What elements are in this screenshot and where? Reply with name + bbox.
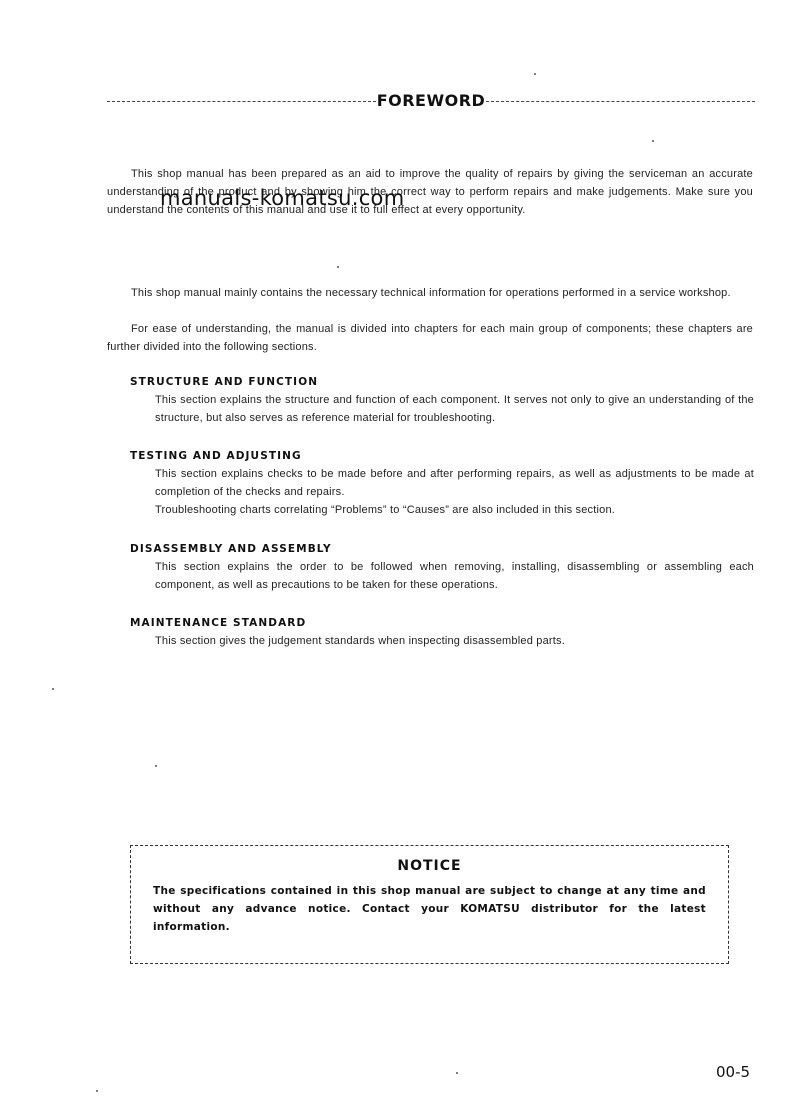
section-heading: MAINTENANCE STANDARD <box>130 615 754 632</box>
scan-speck <box>96 1090 98 1092</box>
section-disassembly-and-assembly: DISASSEMBLY AND ASSEMBLY This section ex… <box>130 541 754 594</box>
intro-paragraph-3-text: For ease of understanding, the manual is… <box>107 323 753 353</box>
notice-body: The specifications contained in this sho… <box>153 882 706 936</box>
header-rule-left <box>107 101 376 102</box>
notice-title: NOTICE <box>131 858 728 874</box>
section-body: This section explains the structure and … <box>155 391 754 427</box>
section-body: This section explains the order to be fo… <box>155 558 754 594</box>
scan-speck <box>155 765 157 767</box>
section-heading: STRUCTURE AND FUNCTION <box>130 374 754 391</box>
intro-paragraph-2-text: This shop manual mainly contains the nec… <box>131 287 731 299</box>
intro-paragraph-1-text: This shop manual has been prepared as an… <box>107 168 753 216</box>
page-number: 00-5 <box>716 1063 750 1081</box>
scan-speck <box>337 266 339 268</box>
section-body-note: Troubleshooting charts correlating “Prob… <box>155 501 754 519</box>
section-body: This section explains checks to be made … <box>155 465 754 501</box>
section-heading: DISASSEMBLY AND ASSEMBLY <box>130 541 754 558</box>
scan-speck <box>52 688 54 690</box>
foreword-header: FOREWORD <box>107 88 755 112</box>
header-rule-right <box>486 101 755 102</box>
intro-paragraph-1: This shop manual has been prepared as an… <box>107 165 753 219</box>
notice-box: NOTICE The specifications contained in t… <box>130 845 729 964</box>
scan-speck <box>652 140 654 142</box>
intro-paragraph-3: For ease of understanding, the manual is… <box>107 320 753 356</box>
section-maintenance-standard: MAINTENANCE STANDARD This section gives … <box>130 615 754 650</box>
scan-speck <box>534 73 536 75</box>
scan-speck <box>456 1072 458 1074</box>
section-testing-and-adjusting: TESTING AND ADJUSTING This section expla… <box>130 448 754 519</box>
section-structure-and-function: STRUCTURE AND FUNCTION This section expl… <box>130 374 754 427</box>
section-body: This section gives the judgement standar… <box>155 632 754 650</box>
page-title: FOREWORD <box>376 91 487 110</box>
intro-paragraph-2: This shop manual mainly contains the nec… <box>107 284 753 302</box>
section-heading: TESTING AND ADJUSTING <box>130 448 754 465</box>
